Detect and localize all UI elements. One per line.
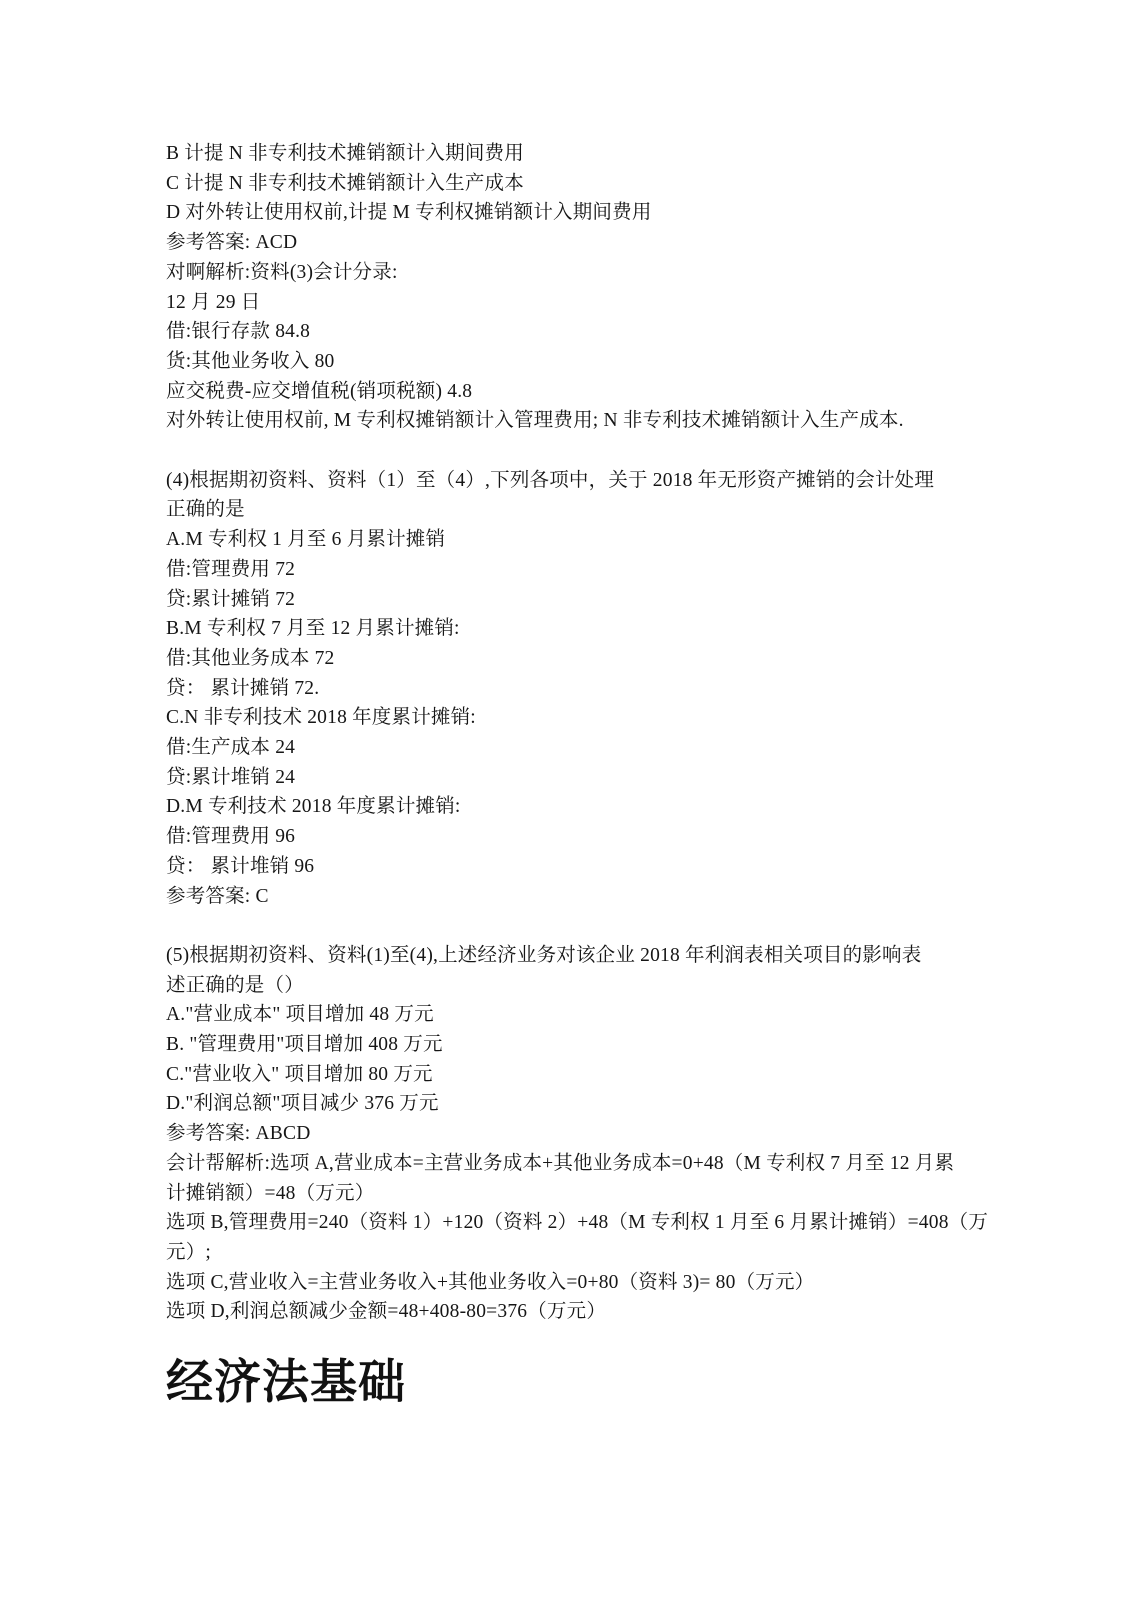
doc-line: B 计提 N 非专利技术摊销额计入期间费用 bbox=[166, 139, 981, 169]
analysis-line: 选项 C,营业收入=主营业务收入+其他业务收入=0+80（资料 3)= 80（万… bbox=[166, 1268, 981, 1298]
option-line: C."营业收入" 项目增加 80 万元 bbox=[166, 1060, 981, 1090]
journal-entry-line: 贷： 累计堆销 96 bbox=[166, 852, 981, 882]
option-line: A.M 专利权 1 月至 6 月累计摊销 bbox=[166, 525, 981, 555]
reference-answer-line: 参考答案: C bbox=[166, 882, 981, 912]
reference-answer-line: 参考答案: ACD bbox=[166, 228, 981, 258]
question5-section: (5)根据期初资料、资料(1)至(4),上述经济业务对该企业 2018 年利润表… bbox=[166, 941, 981, 1327]
doc-line: 对外转让使用权前, M 专利权摊销额计入管理费用; N 非专利技术摊销额计入生产… bbox=[166, 406, 981, 436]
analysis-line: 元）; bbox=[166, 1238, 981, 1268]
analysis-line: 计摊销额）=48（万元） bbox=[166, 1179, 981, 1209]
section-heading: 经济法基础 bbox=[166, 1357, 981, 1409]
reference-answer-line: 参考答案: ABCD bbox=[166, 1119, 981, 1149]
paragraph-gap bbox=[166, 911, 981, 941]
journal-entry-line: 应交税费-应交增值税(销项税额) 4.8 bbox=[166, 377, 981, 407]
doc-line: C 计提 N 非专利技术摊销额计入生产成本 bbox=[166, 169, 981, 199]
doc-line: D 对外转让使用权前,计提 M 专利权摊销额计入期间费用 bbox=[166, 198, 981, 228]
question-text-line: 述正确的是（） bbox=[166, 971, 981, 1001]
question3-answer-analysis-section: B 计提 N 非专利技术摊销额计入期间费用 C 计提 N 非专利技术摊销额计入生… bbox=[166, 139, 981, 436]
doc-line: 12 月 29 日 bbox=[166, 288, 981, 318]
journal-entry-line: 借:银行存款 84.8 bbox=[166, 317, 981, 347]
question-text-line: (5)根据期初资料、资料(1)至(4),上述经济业务对该企业 2018 年利润表… bbox=[166, 941, 981, 971]
journal-entry-line: 借:管理费用 72 bbox=[166, 555, 981, 585]
paragraph-gap bbox=[166, 436, 981, 466]
question-text-line: 正确的是 bbox=[166, 495, 981, 525]
analysis-line: 选项 D,利润总额减少金额=48+408-80=376（万元） bbox=[166, 1297, 981, 1327]
document-page: B 计提 N 非专利技术摊销额计入期间费用 C 计提 N 非专利技术摊销额计入生… bbox=[0, 0, 1131, 1600]
question4-section: (4)根据期初资料、资料（1）至（4）,下列各项中，关于 2018 年无形资产摊… bbox=[166, 466, 981, 912]
question-text-line: (4)根据期初资料、资料（1）至（4）,下列各项中，关于 2018 年无形资产摊… bbox=[166, 466, 981, 496]
journal-entry-line: 货:其他业务收入 80 bbox=[166, 347, 981, 377]
option-line: D."利润总额"项目减少 376 万元 bbox=[166, 1089, 981, 1119]
analysis-line: 会计帮解析:选项 A,营业成本=主营业务成本+其他业务成本=0+48（M 专利权… bbox=[166, 1149, 981, 1179]
journal-entry-line: 借:管理费用 96 bbox=[166, 822, 981, 852]
analysis-line: 选项 B,管理费用=240（资料 1）+120（资料 2）+48（M 专利权 1… bbox=[166, 1208, 981, 1238]
analysis-line: 对啊解析:资料(3)会计分录: bbox=[166, 258, 981, 288]
journal-entry-line: 借:生产成本 24 bbox=[166, 733, 981, 763]
journal-entry-line: 借:其他业务成本 72 bbox=[166, 644, 981, 674]
option-line: B. "管理费用"项目增加 408 万元 bbox=[166, 1030, 981, 1060]
option-line: A."营业成本" 项目增加 48 万元 bbox=[166, 1000, 981, 1030]
option-line: B.M 专利权 7 月至 12 月累计摊销: bbox=[166, 614, 981, 644]
option-line: D.M 专利技术 2018 年度累计摊销: bbox=[166, 792, 981, 822]
option-line: C.N 非专利技术 2018 年度累计摊销: bbox=[166, 703, 981, 733]
journal-entry-line: 贷:累计摊销 72 bbox=[166, 585, 981, 615]
journal-entry-line: 贷： 累计摊销 72. bbox=[166, 674, 981, 704]
journal-entry-line: 贷:累计堆销 24 bbox=[166, 763, 981, 793]
